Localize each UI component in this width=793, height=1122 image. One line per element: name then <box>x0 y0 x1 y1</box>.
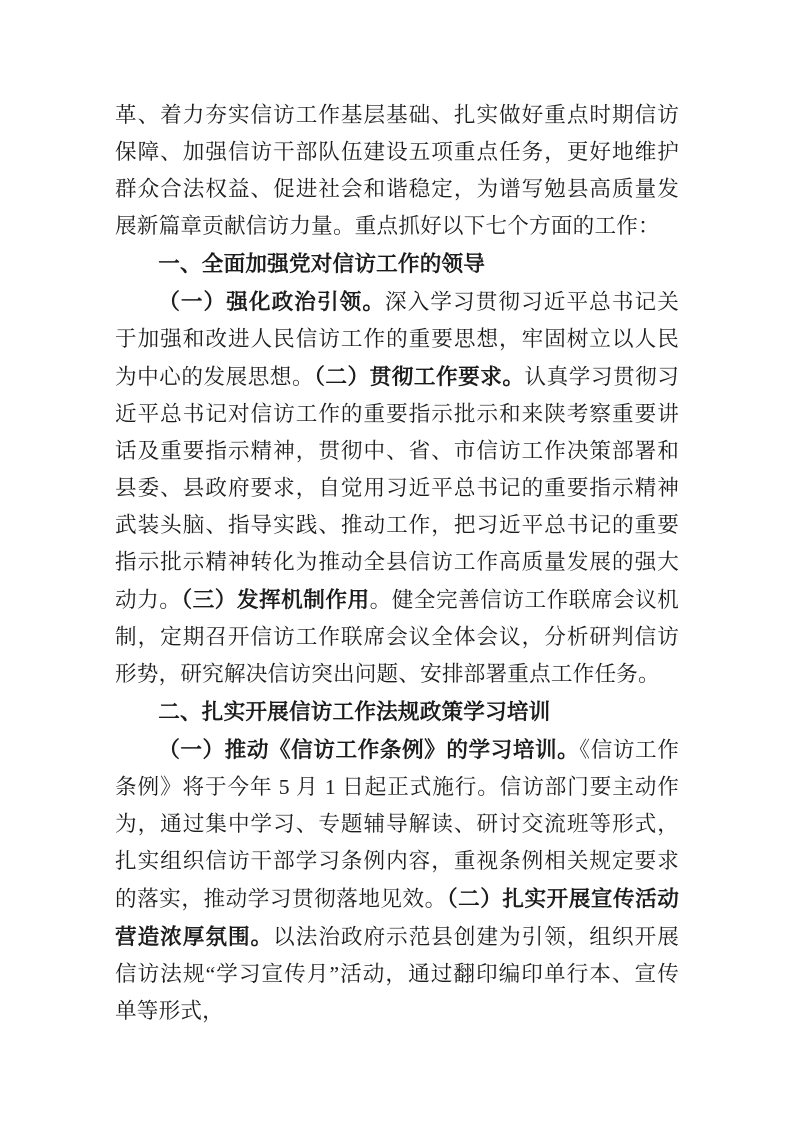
paragraph-section-1: （一）强化政治引领。深入学习贯彻习近平总书记关于加强和改进人民信访工作的重要思想… <box>115 283 679 693</box>
heading-section-2: 二、扎实开展信访工作法规政策学习培训 <box>115 693 679 731</box>
bold-text-segment: 二、扎实开展信访工作法规政策学习培训 <box>158 699 550 724</box>
text-segment: 认真学习贯彻习近平总书记对信访工作的重要指示批示和来陕考察重要讲话及重要指示精神… <box>115 365 679 612</box>
document-page: 革、着力夯实信访工作基层基础、扎实做好重点时期信访保障、加强信访干部队伍建设五项… <box>0 0 793 1122</box>
bold-text-segment: （一）推动《信访工作条例》的学习培训。 <box>158 737 579 762</box>
bold-text-segment: （二）贯彻工作要求。 <box>314 364 524 389</box>
paragraph-continuation: 革、着力夯实信访工作基层基础、扎实做好重点时期信访保障、加强信访干部队伍建设五项… <box>115 97 679 245</box>
bold-text-segment: 一、全面加强党对信访工作的领导 <box>158 251 485 276</box>
bold-text-segment: （一）强化政治引领。 <box>158 289 385 314</box>
heading-section-1: 一、全面加强党对信访工作的领导 <box>115 245 679 283</box>
bold-text-segment: （三）发挥机制作用 <box>181 587 369 612</box>
document-content: 革、着力夯实信访工作基层基础、扎实做好重点时期信访保障、加强信访干部队伍建设五项… <box>115 97 679 1030</box>
text-segment: 革、着力夯实信访工作基层基础、扎实做好重点时期信访保障、加强信访干部队伍建设五项… <box>115 103 679 238</box>
paragraph-section-2: （一）推动《信访工作条例》的学习培训。《信访工作条例》将于今年 5 月 1 日起… <box>115 731 679 1030</box>
